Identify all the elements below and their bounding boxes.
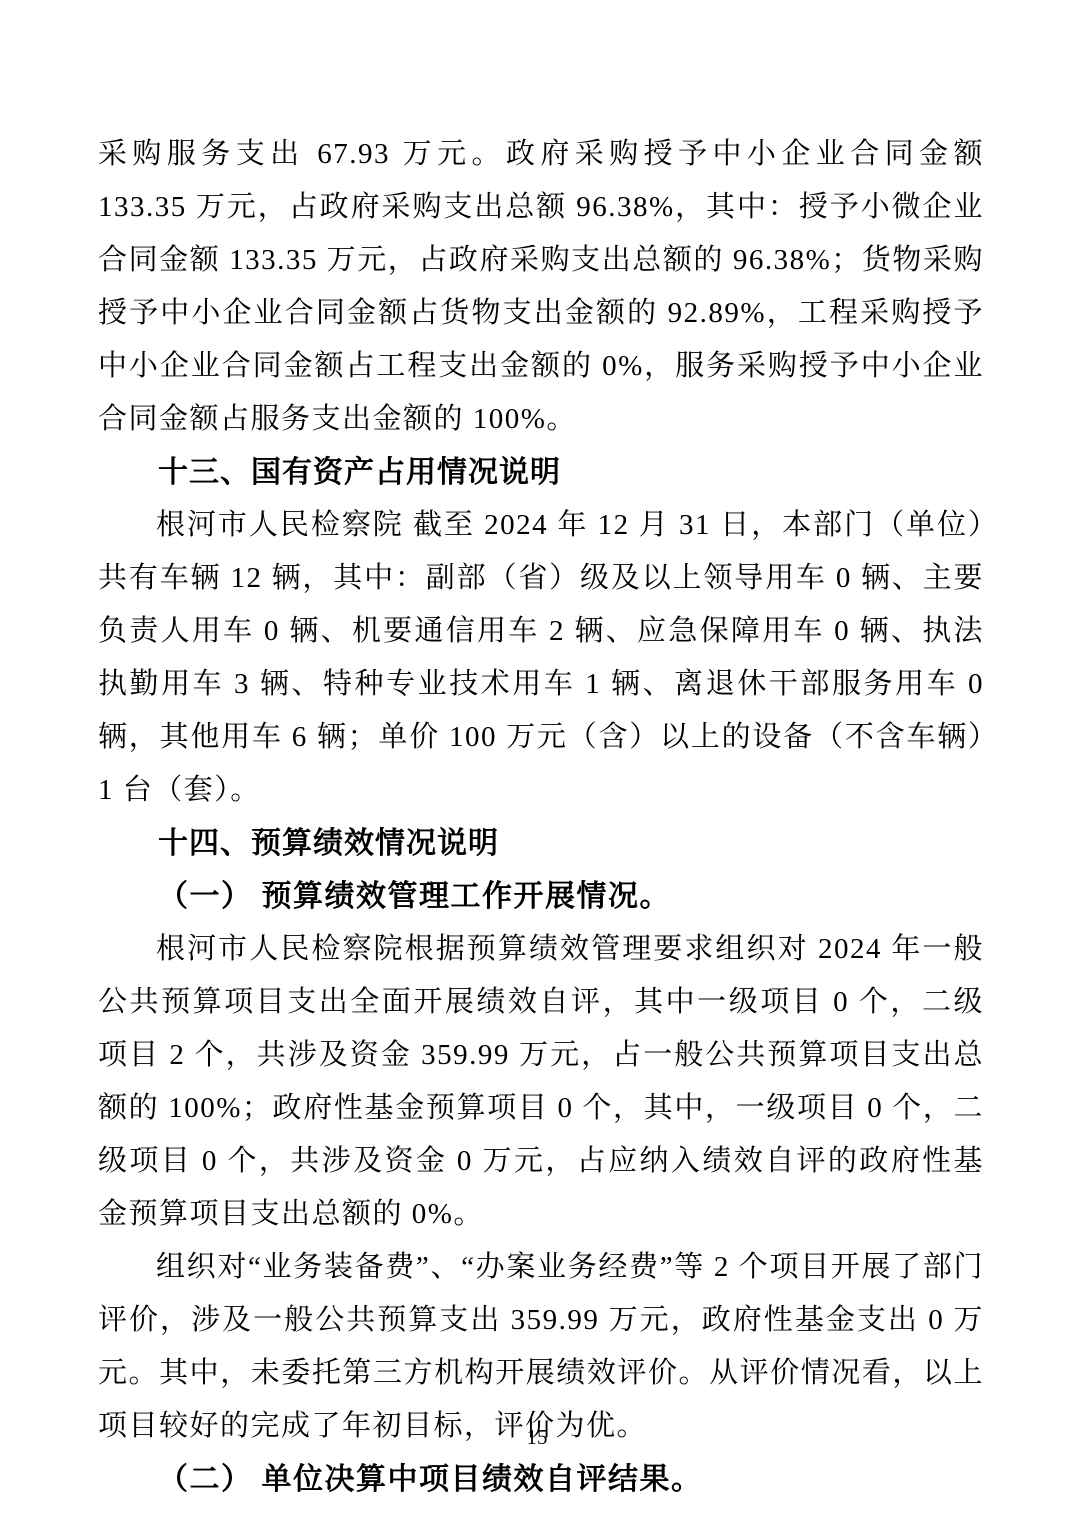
page-number: 15 bbox=[0, 1424, 1074, 1450]
subheading-self-evaluation-results: （二） 单位决算中项目绩效自评结果。 bbox=[98, 1453, 984, 1506]
subheading-performance-management-work: （一） 预算绩效管理工作开展情况。 bbox=[98, 870, 984, 923]
paragraph-performance-self-evaluation: 根河市人民检察院根据预算绩效管理要求组织对 2024 年一般公共预算项目支出全面… bbox=[98, 923, 984, 1241]
heading-section-14-budget-performance: 十四、预算绩效情况说明 bbox=[98, 817, 984, 870]
paragraph-state-assets-occupancy: 根河市人民检察院 截至 2024 年 12 月 31 日，本部门（单位）共有车辆… bbox=[98, 499, 984, 817]
document-content: 采购服务支出 67.93 万元。政府采购授予中小企业合同金额 133.35 万元… bbox=[98, 128, 984, 1506]
heading-section-13-state-assets: 十三、国有资产占用情况说明 bbox=[98, 446, 984, 499]
document-page: 采购服务支出 67.93 万元。政府采购授予中小企业合同金额 133.35 万元… bbox=[0, 0, 1074, 1520]
paragraph-procurement-continuation: 采购服务支出 67.93 万元。政府采购授予中小企业合同金额 133.35 万元… bbox=[98, 128, 984, 446]
paragraph-department-evaluation: 组织对“业务装备费”、“办案业务经费”等 2 个项目开展了部门评价，涉及一般公共… bbox=[98, 1241, 984, 1453]
